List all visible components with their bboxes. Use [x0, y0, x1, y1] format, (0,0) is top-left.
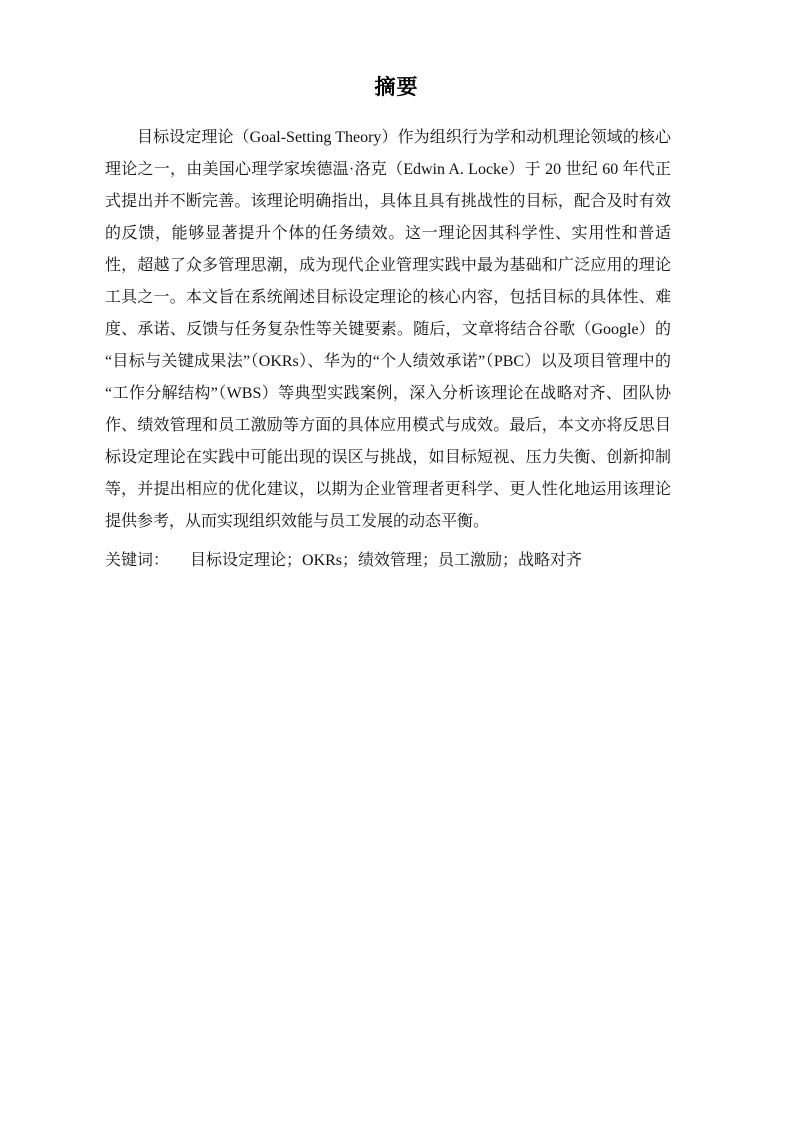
keywords-line: 关键词：目标设定理论；OKRs；绩效管理；员工激励；战略对齐	[105, 545, 671, 577]
keywords-label: 关键词：	[105, 552, 169, 569]
keywords-values: 目标设定理论；OKRs；绩效管理；员工激励；战略对齐	[190, 552, 582, 569]
abstract-paragraph: 目标设定理论（Goal-Setting Theory）作为组织行为学和动机理论领…	[105, 122, 671, 538]
page-title: 摘要	[0, 0, 793, 100]
document-page: 摘要 目标设定理论（Goal-Setting Theory）作为组织行为学和动机…	[0, 0, 793, 1122]
